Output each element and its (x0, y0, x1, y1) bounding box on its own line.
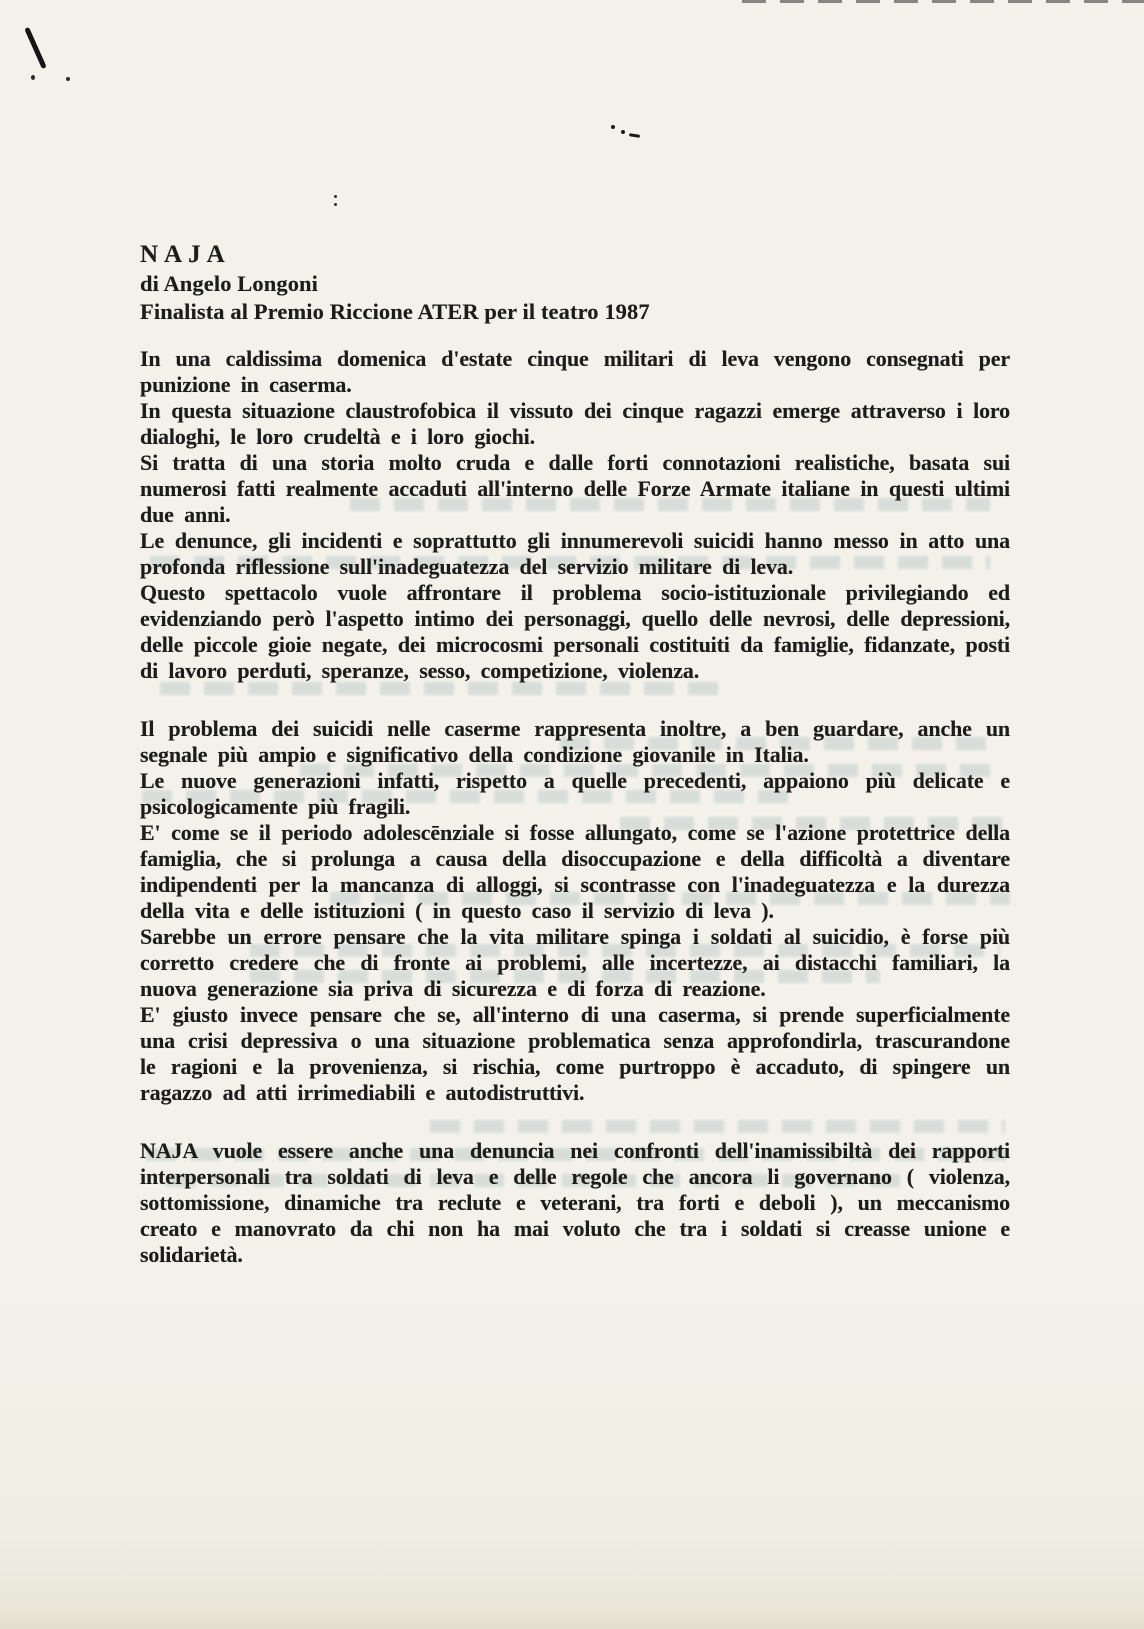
ink-colon-mark (334, 195, 338, 207)
text-block-reflection: Il problema dei suicidi nelle caserme ra… (140, 716, 1010, 1106)
paragraph: NAJA vuole essere anche una denuncia nei… (140, 1138, 1010, 1268)
author-byline: di Angelo Longoni (140, 270, 1010, 298)
document-title: NAJA (140, 240, 1010, 270)
ink-speck (621, 130, 625, 134)
paragraph: In questa situazione claustrofobica il v… (140, 398, 1010, 450)
ink-speck-dash (629, 133, 640, 138)
paragraph: Questo spettacolo vuole affrontare il pr… (140, 580, 1010, 684)
paragraph: Le nuove generazioni infatti, rispetto a… (140, 768, 1010, 820)
paragraph: Si tratta di una storia molto cruda e da… (140, 450, 1010, 528)
paragraph: In una caldissima domenica d'estate cinq… (140, 346, 1010, 398)
paragraph: E' come se il periodo adolescēnziale si … (140, 820, 1010, 924)
body-text: In una caldissima domenica d'estate cinq… (140, 346, 1010, 1268)
text-block-denuncia: NAJA vuole essere anche una denuncia nei… (140, 1138, 1010, 1268)
pen-stroke-mark (24, 27, 46, 69)
paragraph: Le denunce, gli incidenti e soprattutto … (140, 528, 1010, 580)
paragraph: E' giusto invece pensare che se, all'int… (140, 1002, 1010, 1106)
scan-edge-artifact (742, 0, 1144, 3)
paragraph: Il problema dei suicidi nelle caserme ra… (140, 716, 1010, 768)
ink-speck (611, 125, 615, 129)
award-subtitle: Finalista al Premio Riccione ATER per il… (140, 298, 1010, 326)
ink-dot (31, 75, 35, 80)
text-block-synopsis: In una caldissima domenica d'estate cinq… (140, 346, 1010, 684)
scanned-document-page: NAJA di Angelo Longoni Finalista al Prem… (0, 0, 1144, 1629)
ink-dot (66, 77, 70, 81)
text-column: NAJA di Angelo Longoni Finalista al Prem… (140, 240, 1010, 1268)
paragraph: Sarebbe un errore pensare che la vita mi… (140, 924, 1010, 1002)
